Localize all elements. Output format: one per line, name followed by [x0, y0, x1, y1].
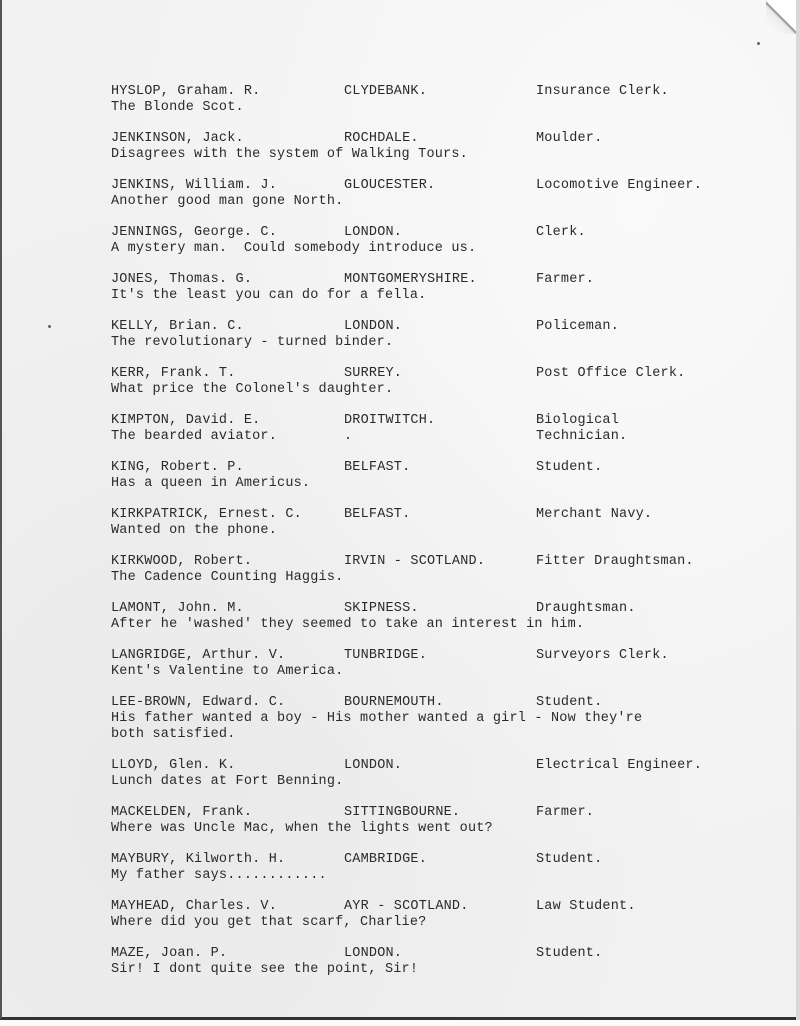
- person-name: MACKELDEN, Frank.: [111, 805, 252, 821]
- person-name: MAYBURY, Kilworth. H.: [111, 852, 285, 868]
- entry-header-row: KIRKWOOD, Robert.IRVIN - SCOTLAND.Fitter…: [111, 554, 751, 570]
- stray-mark: .: [344, 429, 352, 445]
- occupation: Farmer.: [536, 272, 594, 288]
- list-item: LANGRIDGE, Arthur. V.TUNBRIDGE.Surveyors…: [111, 648, 751, 680]
- home-town: MONTGOMERYSHIRE.: [344, 272, 477, 288]
- typewritten-page: HYSLOP, Graham. R.CLYDEBANK.Insurance Cl…: [0, 0, 796, 1020]
- entry-header-row: LAMONT, John. M.SKIPNESS.Draughtsman.: [111, 601, 751, 617]
- paper-speck: [48, 325, 51, 328]
- entry-header-row: LANGRIDGE, Arthur. V.TUNBRIDGE.Surveyors…: [111, 648, 751, 664]
- occupation: Farmer.: [536, 805, 594, 821]
- occupation: Policeman.: [536, 319, 619, 335]
- entry-remark: Has a queen in Americus.: [111, 476, 751, 492]
- person-name: JENNINGS, George. C.: [111, 225, 277, 241]
- entry-remark: My father says............: [111, 868, 751, 884]
- occupation: Electrical Engineer.: [536, 758, 702, 774]
- home-town: LONDON.: [344, 946, 402, 962]
- list-item: HYSLOP, Graham. R.CLYDEBANK.Insurance Cl…: [111, 84, 751, 116]
- occupation: Student.: [536, 695, 602, 711]
- person-name: LAMONT, John. M.: [111, 601, 244, 617]
- occupation: Locomotive Engineer.: [536, 178, 702, 194]
- list-item: MAZE, Joan. P.LONDON.Student.Sir! I dont…: [111, 946, 751, 978]
- entry-remark: Disagrees with the system of Walking Tou…: [111, 147, 751, 163]
- list-item: KELLY, Brian. C.LONDON.Policeman.The rev…: [111, 319, 751, 351]
- entry-header-row: JENNINGS, George. C.LONDON.Clerk.: [111, 225, 751, 241]
- occupation: Draughtsman.: [536, 601, 636, 617]
- home-town: DROITWITCH.: [344, 413, 435, 429]
- occupation: Surveyors Clerk.: [536, 648, 669, 664]
- home-town: CLYDEBANK.: [344, 84, 427, 100]
- list-item: JENNINGS, George. C.LONDON.Clerk.A myste…: [111, 225, 751, 257]
- list-item: KIMPTON, David. E.DROITWITCH.BiologicalT…: [111, 413, 751, 445]
- occupation: Student.: [536, 460, 602, 476]
- person-name: MAYHEAD, Charles. V.: [111, 899, 277, 915]
- home-town: BELFAST.: [344, 460, 410, 476]
- entry-remark: The Cadence Counting Haggis.: [111, 570, 751, 586]
- entry-remark: The revolutionary - turned binder.: [111, 335, 751, 351]
- home-town: SITTINGBOURNE.: [344, 805, 460, 821]
- list-item: MAYBURY, Kilworth. H.CAMBRIDGE.Student.M…: [111, 852, 751, 884]
- home-town: BELFAST.: [344, 507, 410, 523]
- occupation: Post Office Clerk.: [536, 366, 685, 382]
- entry-remark: Where was Uncle Mac, when the lights wen…: [111, 821, 751, 837]
- folded-corner: [766, 0, 796, 34]
- occupation: Insurance Clerk.: [536, 84, 669, 100]
- entry-remark: Lunch dates at Fort Benning.: [111, 774, 751, 790]
- home-town: LONDON.: [344, 758, 402, 774]
- entry-header-row: LLOYD, Glen. K.LONDON.Electrical Enginee…: [111, 758, 751, 774]
- home-town: CAMBRIDGE.: [344, 852, 427, 868]
- person-name: JONES, Thomas. G.: [111, 272, 252, 288]
- entry-header-row: KIRKPATRICK, Ernest. C.BELFAST.Merchant …: [111, 507, 751, 523]
- person-name: KING, Robert. P.: [111, 460, 244, 476]
- entry-remark: Wanted on the phone.: [111, 523, 751, 539]
- paper-speck: [757, 42, 760, 45]
- home-town: TUNBRIDGE.: [344, 648, 427, 664]
- occupation: Student.: [536, 946, 602, 962]
- occupation: Moulder.: [536, 131, 602, 147]
- list-item: KING, Robert. P.BELFAST.Student.Has a qu…: [111, 460, 751, 492]
- entry-header-row: KERR, Frank. T.SURREY.Post Office Clerk.: [111, 366, 751, 382]
- list-item: MAYHEAD, Charles. V.AYR - SCOTLAND.Law S…: [111, 899, 751, 931]
- entry-header-row: JENKINS, William. J.GLOUCESTER.Locomotiv…: [111, 178, 751, 194]
- home-town: AYR - SCOTLAND.: [344, 899, 469, 915]
- entry-remark: What price the Colonel's daughter.: [111, 382, 751, 398]
- home-town: LONDON.: [344, 225, 402, 241]
- entry-remark: The Blonde Scot.: [111, 100, 751, 116]
- occupation: Merchant Navy.: [536, 507, 652, 523]
- entry-remark: The bearded aviator.: [111, 429, 751, 445]
- occupation-line-2: Technician.: [536, 429, 627, 445]
- entry-header-row: KELLY, Brian. C.LONDON.Policeman.: [111, 319, 751, 335]
- entry-remark: It's the least you can do for a fella.: [111, 288, 751, 304]
- home-town: ROCHDALE.: [344, 131, 419, 147]
- entry-header-row: MACKELDEN, Frank.SITTINGBOURNE.Farmer.: [111, 805, 751, 821]
- entry-header-row: LEE-BROWN, Edward. C.BOURNEMOUTH.Student…: [111, 695, 751, 711]
- occupation: Student.: [536, 852, 602, 868]
- entry-header-row: MAYBURY, Kilworth. H.CAMBRIDGE.Student.: [111, 852, 751, 868]
- home-town: SURREY.: [344, 366, 402, 382]
- home-town: BOURNEMOUTH.: [344, 695, 444, 711]
- person-name: LLOYD, Glen. K.: [111, 758, 236, 774]
- entry-header-row: JONES, Thomas. G.MONTGOMERYSHIRE.Farmer.: [111, 272, 751, 288]
- home-town: GLOUCESTER.: [344, 178, 435, 194]
- list-item: KERR, Frank. T.SURREY.Post Office Clerk.…: [111, 366, 751, 398]
- entry-remark: Another good man gone North.: [111, 194, 751, 210]
- person-name: MAZE, Joan. P.: [111, 946, 227, 962]
- person-name: KIRKWOOD, Robert.: [111, 554, 252, 570]
- entry-header-row: JENKINSON, Jack.ROCHDALE.Moulder.: [111, 131, 751, 147]
- list-item: JONES, Thomas. G.MONTGOMERYSHIRE.Farmer.…: [111, 272, 751, 304]
- person-name: LEE-BROWN, Edward. C.: [111, 695, 285, 711]
- list-item: JENKINS, William. J.GLOUCESTER.Locomotiv…: [111, 178, 751, 210]
- person-name: JENKINSON, Jack.: [111, 131, 244, 147]
- entry-header-row: KIMPTON, David. E.DROITWITCH.BiologicalT…: [111, 413, 751, 429]
- person-name: HYSLOP, Graham. R.: [111, 84, 260, 100]
- entry-remark: Kent's Valentine to America.: [111, 664, 751, 680]
- list-item: JENKINSON, Jack.ROCHDALE.Moulder.Disagre…: [111, 131, 751, 163]
- list-item: KIRKPATRICK, Ernest. C.BELFAST.Merchant …: [111, 507, 751, 539]
- entry-remark: After he 'washed' they seemed to take an…: [111, 617, 751, 633]
- home-town: LONDON.: [344, 319, 402, 335]
- list-item: LAMONT, John. M.SKIPNESS.Draughtsman.Aft…: [111, 601, 751, 633]
- list-item: LLOYD, Glen. K.LONDON.Electrical Enginee…: [111, 758, 751, 790]
- occupation: Fitter Draughtsman.: [536, 554, 694, 570]
- person-name: KIMPTON, David. E.: [111, 413, 260, 429]
- list-item: KIRKWOOD, Robert.IRVIN - SCOTLAND.Fitter…: [111, 554, 751, 586]
- home-town: IRVIN - SCOTLAND.: [344, 554, 485, 570]
- occupation: Biological: [536, 413, 619, 429]
- entry-header-row: MAZE, Joan. P.LONDON.Student.: [111, 946, 751, 962]
- entry-remark: Sir! I dont quite see the point, Sir!: [111, 962, 751, 978]
- home-town: SKIPNESS.: [344, 601, 419, 617]
- page-bottom-edge: [0, 1020, 800, 1026]
- entry-remark: Where did you get that scarf, Charlie?: [111, 915, 751, 931]
- entry-remark: A mystery man. Could somebody introduce …: [111, 241, 751, 257]
- person-name: KERR, Frank. T.: [111, 366, 236, 382]
- entry-header-row: HYSLOP, Graham. R.CLYDEBANK.Insurance Cl…: [111, 84, 751, 100]
- list-item: MACKELDEN, Frank.SITTINGBOURNE.Farmer.Wh…: [111, 805, 751, 837]
- list-item: LEE-BROWN, Edward. C.BOURNEMOUTH.Student…: [111, 695, 751, 743]
- occupation: Law Student.: [536, 899, 636, 915]
- entry-header-row: KING, Robert. P.BELFAST.Student.: [111, 460, 751, 476]
- entry-header-row: MAYHEAD, Charles. V.AYR - SCOTLAND.Law S…: [111, 899, 751, 915]
- person-name: LANGRIDGE, Arthur. V.: [111, 648, 285, 664]
- person-name: KELLY, Brian. C.: [111, 319, 244, 335]
- entry-remark: His father wanted a boy - His mother wan…: [111, 711, 751, 743]
- person-name: JENKINS, William. J.: [111, 178, 277, 194]
- person-name: KIRKPATRICK, Ernest. C.: [111, 507, 302, 523]
- occupation: Clerk.: [536, 225, 586, 241]
